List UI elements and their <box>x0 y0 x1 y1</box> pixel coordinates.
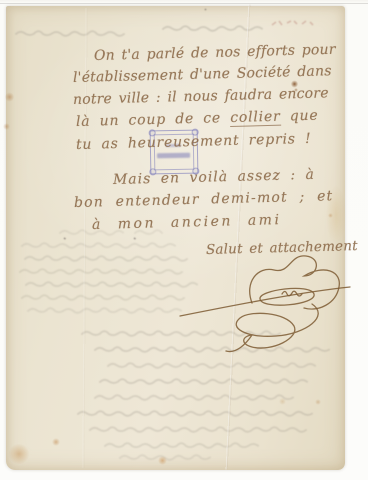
stamp-corner-ornament <box>149 168 156 175</box>
underlined-word-collier: collier <box>230 109 281 127</box>
letter-line-4-post: que <box>280 108 318 125</box>
stamp-corner-ornament <box>192 168 199 175</box>
scan-edge-line <box>0 3 368 4</box>
scanned-letter-page: On t'a parlé de nos efforts pour l'établ… <box>0 0 368 480</box>
stamp-illegible-text-line <box>157 153 190 159</box>
